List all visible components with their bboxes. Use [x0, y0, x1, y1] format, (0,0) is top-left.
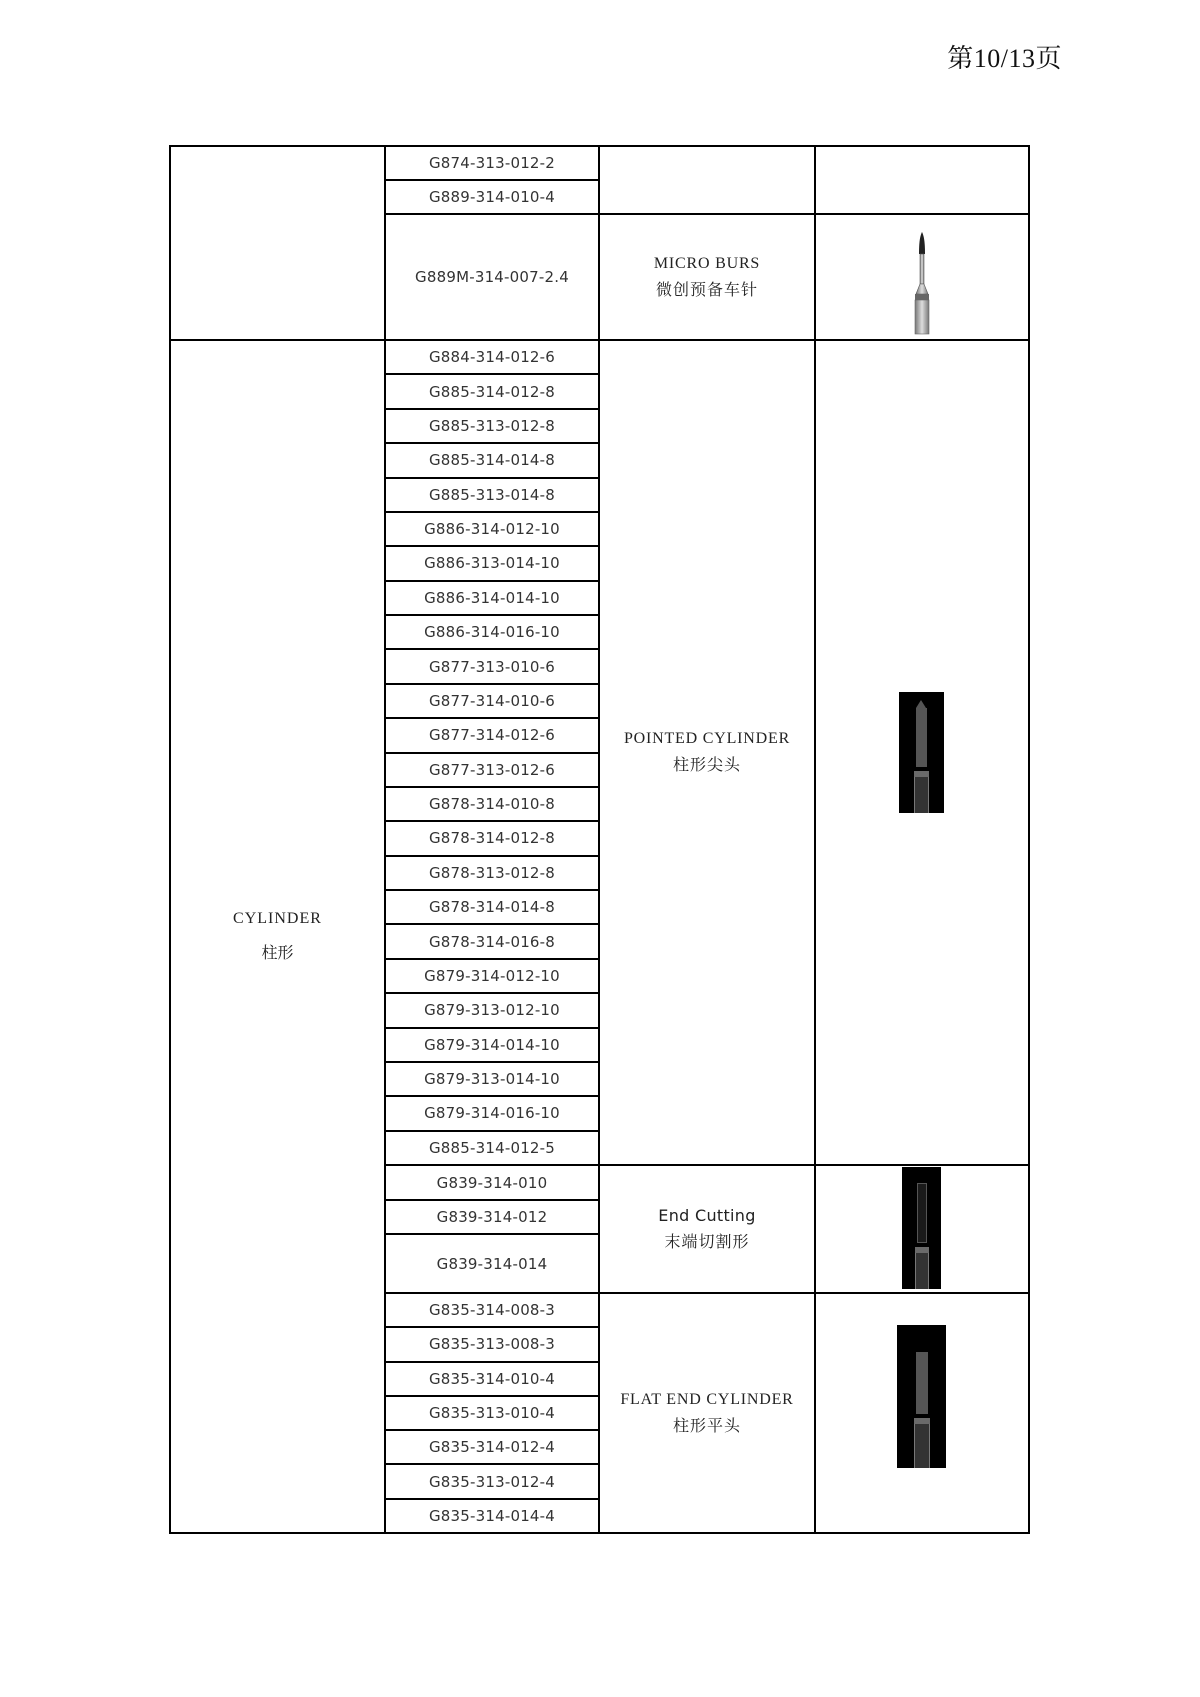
category-name-en: CYLINDER — [233, 910, 322, 928]
end-cutting-bur-icon — [902, 1167, 941, 1289]
description-cn: 柱形尖头 — [673, 752, 741, 775]
product-code: G885-313-014-8 — [429, 486, 555, 504]
code-cell: G886-314-012-10 — [385, 512, 599, 546]
code-cell: G877-313-012-6 — [385, 753, 599, 787]
product-code: G878-314-012-8 — [429, 829, 555, 847]
product-code: G885-313-012-8 — [429, 417, 555, 435]
description-en: FLAT END CYLINDER — [620, 1391, 793, 1409]
bur-tip — [916, 700, 926, 708]
code-cell: G878-313-012-8 — [385, 856, 599, 890]
product-code: G886-313-014-10 — [424, 554, 560, 572]
description-cell: MICRO BURS微创预备车针 — [599, 214, 815, 340]
code-cell: G877-314-012-6 — [385, 718, 599, 752]
product-code: G874-313-012-2 — [429, 154, 555, 172]
bur-shank — [914, 1424, 930, 1468]
code-cell: G879-313-012-10 — [385, 993, 599, 1027]
page-number: 第10/13页 — [947, 38, 1062, 75]
product-code: G879-314-016-10 — [424, 1104, 560, 1122]
product-code: G839-314-014 — [437, 1255, 548, 1273]
product-code: G879-313-014-10 — [424, 1070, 560, 1088]
code-cell: G885-313-012-8 — [385, 409, 599, 443]
product-code: G835-314-010-4 — [429, 1370, 555, 1388]
code-cell: G879-314-014-10 — [385, 1028, 599, 1062]
product-code: G877-313-010-6 — [429, 658, 555, 676]
product-code: G878-314-016-8 — [429, 933, 555, 951]
code-cell: G835-313-012-4 — [385, 1464, 599, 1498]
code-cell: G839-314-010 — [385, 1165, 599, 1200]
product-code: G835-313-012-4 — [429, 1473, 555, 1491]
product-code: G885-314-012-5 — [429, 1139, 555, 1157]
description-en: POINTED CYLINDER — [624, 730, 790, 748]
code-cell: G889-314-010-4 — [385, 180, 599, 214]
product-code: G835-314-008-3 — [429, 1301, 555, 1319]
image-cell — [815, 146, 1029, 214]
code-cell: G874-313-012-2 — [385, 146, 599, 180]
product-code: G886-314-012-10 — [424, 520, 560, 538]
micro-bur-icon — [907, 232, 937, 336]
product-code: G879-314-012-10 — [424, 967, 560, 985]
product-table: G874-313-012-2G889-314-010-4G889M-314-00… — [170, 146, 1029, 1533]
description-cell — [599, 146, 815, 214]
code-cell: G839-314-014 — [385, 1234, 599, 1293]
code-cell: G877-314-010-6 — [385, 684, 599, 718]
pointed-cylinder-bur-icon — [899, 692, 944, 813]
code-cell: G877-313-010-6 — [385, 649, 599, 683]
product-code: G839-314-012 — [437, 1208, 548, 1226]
product-code: G877-314-010-6 — [429, 692, 555, 710]
code-cell: G889M-314-007-2.4 — [385, 214, 599, 340]
description-cell: FLAT END CYLINDER柱形平头 — [599, 1293, 815, 1533]
product-code: G885-314-014-8 — [429, 451, 555, 469]
bur-shank — [914, 777, 929, 813]
product-code: G878-314-010-8 — [429, 795, 555, 813]
product-code: G835-313-010-4 — [429, 1404, 555, 1422]
code-cell: G878-314-014-8 — [385, 890, 599, 924]
description-en: End Cutting — [658, 1206, 755, 1225]
code-cell: G879-314-016-10 — [385, 1096, 599, 1130]
code-cell: G879-314-012-10 — [385, 959, 599, 993]
bur-head — [916, 708, 927, 767]
product-code: G835-314-012-4 — [429, 1438, 555, 1456]
code-cell: G885-314-014-8 — [385, 443, 599, 477]
product-code: G878-313-012-8 — [429, 864, 555, 882]
bur-head — [917, 1183, 927, 1243]
code-cell: G886-314-014-10 — [385, 581, 599, 615]
product-code: G889M-314-007-2.4 — [415, 268, 569, 286]
code-cell: G879-313-014-10 — [385, 1062, 599, 1096]
code-cell: G885-314-012-5 — [385, 1131, 599, 1165]
code-cell: G835-314-010-4 — [385, 1362, 599, 1396]
product-code: G885-314-012-8 — [429, 383, 555, 401]
code-cell: G839-314-012 — [385, 1200, 599, 1234]
product-code: G879-313-012-10 — [424, 1001, 560, 1019]
product-code: G884-314-012-6 — [429, 348, 555, 366]
description-cn: 末端切割形 — [664, 1229, 749, 1252]
code-cell: G835-313-010-4 — [385, 1396, 599, 1430]
product-code: G878-314-014-8 — [429, 898, 555, 916]
product-code: G886-314-014-10 — [424, 589, 560, 607]
product-code: G839-314-010 — [437, 1174, 548, 1192]
description-cn: 微创预备车针 — [656, 277, 758, 300]
code-cell: G885-313-014-8 — [385, 478, 599, 512]
code-cell: G886-313-014-10 — [385, 546, 599, 580]
product-code: G886-314-016-10 — [424, 623, 560, 641]
code-cell: G885-314-012-8 — [385, 374, 599, 408]
code-cell: G878-314-016-8 — [385, 924, 599, 958]
code-cell: G884-314-012-6 — [385, 340, 599, 374]
code-cell: G835-314-014-4 — [385, 1499, 599, 1533]
code-cell: G835-314-012-4 — [385, 1430, 599, 1464]
product-code: G879-314-014-10 — [424, 1036, 560, 1054]
product-code: G835-314-014-4 — [429, 1507, 555, 1525]
code-cell: G835-313-008-3 — [385, 1327, 599, 1361]
category-name-cn: 柱形 — [261, 940, 293, 963]
bur-head — [916, 1352, 928, 1414]
description-en: MICRO BURS — [654, 255, 760, 273]
category-cell: CYLINDER柱形 — [170, 340, 385, 1533]
code-cell: G878-314-012-8 — [385, 821, 599, 855]
code-cell: G835-314-008-3 — [385, 1293, 599, 1327]
bur-shank — [915, 1253, 929, 1289]
product-code: G877-314-012-6 — [429, 726, 555, 744]
description-cell: End Cutting末端切割形 — [599, 1165, 815, 1293]
category-cell — [170, 146, 385, 340]
product-code: G889-314-010-4 — [429, 188, 555, 206]
description-cell: POINTED CYLINDER柱形尖头 — [599, 340, 815, 1165]
code-cell: G886-314-016-10 — [385, 615, 599, 649]
code-cell: G878-314-010-8 — [385, 787, 599, 821]
product-code: G835-313-008-3 — [429, 1335, 555, 1353]
flat-end-cylinder-bur-icon — [897, 1325, 946, 1468]
description-cn: 柱形平头 — [673, 1413, 741, 1436]
product-code: G877-313-012-6 — [429, 761, 555, 779]
